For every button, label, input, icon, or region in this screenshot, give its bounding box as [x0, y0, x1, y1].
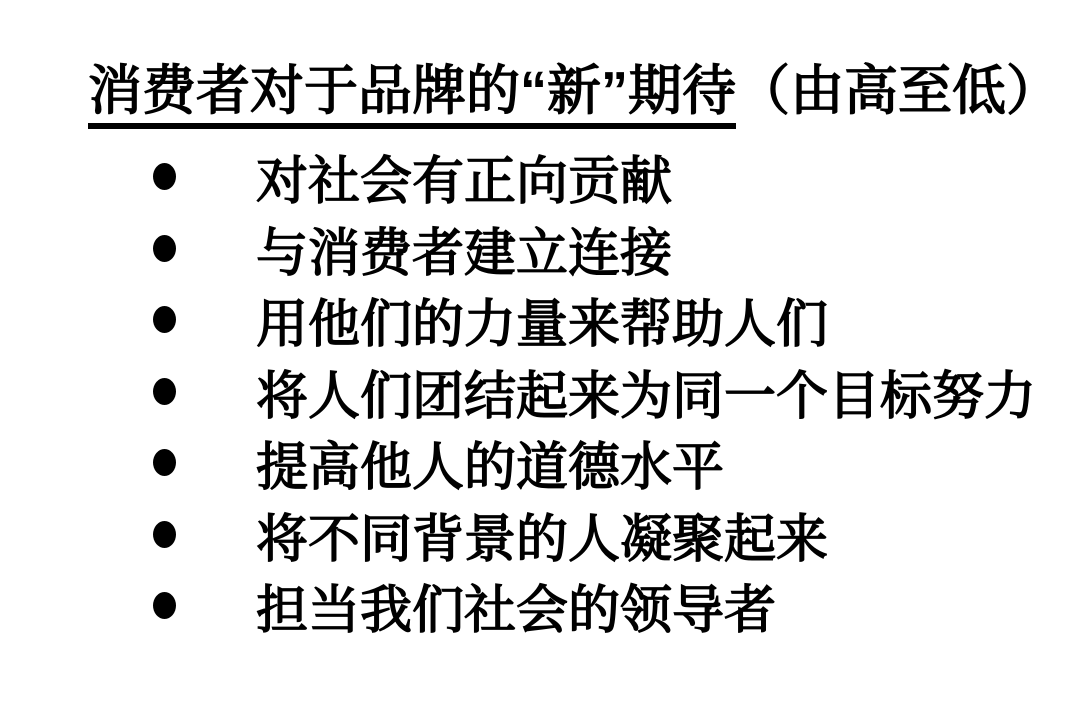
list-item: 用他们的力量来帮助人们 — [0, 284, 1080, 356]
bullet-dot-icon — [153, 235, 176, 262]
bullet-text: 用他们的力量来帮助人们 — [256, 282, 828, 357]
list-item: 提高他人的道德水平 — [0, 427, 1080, 499]
bullet-text: 担当我们社会的领导者 — [256, 568, 776, 643]
bullet-dot-icon — [153, 521, 176, 548]
list-item: 与消费者建立连接 — [0, 213, 1080, 285]
list-item: 对社会有正向贡献 — [0, 141, 1080, 213]
list-item: 担当我们社会的领导者 — [0, 570, 1080, 642]
bullet-text: 将不同背景的人凝聚起来 — [256, 497, 828, 572]
bullet-text: 提高他人的道德水平 — [256, 425, 724, 500]
bullet-text: 对社会有正向贡献 — [256, 139, 672, 214]
list-item: 将人们团结起来为同一个目标努力 — [0, 356, 1080, 428]
slide: 消费者对于品牌的“新”期待（由高至低） 对社会有正向贡献 与消费者建立连接 用他… — [0, 0, 1080, 704]
title-underlined-text: 消费者对于品牌的“新”期待 — [88, 61, 736, 129]
bullet-dot-icon — [153, 163, 176, 190]
bullet-dot-icon — [153, 306, 176, 333]
list-item: 将不同背景的人凝聚起来 — [0, 499, 1080, 571]
bullet-list: 对社会有正向贡献 与消费者建立连接 用他们的力量来帮助人们 将人们团结起来为同一… — [0, 141, 1080, 642]
bullet-dot-icon — [153, 592, 176, 619]
bullet-dot-icon — [153, 378, 176, 405]
title-suffix: （由高至低） — [736, 61, 1060, 121]
bullet-text: 与消费者建立连接 — [256, 211, 672, 286]
bullet-dot-icon — [153, 449, 176, 476]
bullet-text: 将人们团结起来为同一个目标努力 — [256, 354, 1036, 429]
page-title: 消费者对于品牌的“新”期待（由高至低） — [0, 0, 1080, 124]
